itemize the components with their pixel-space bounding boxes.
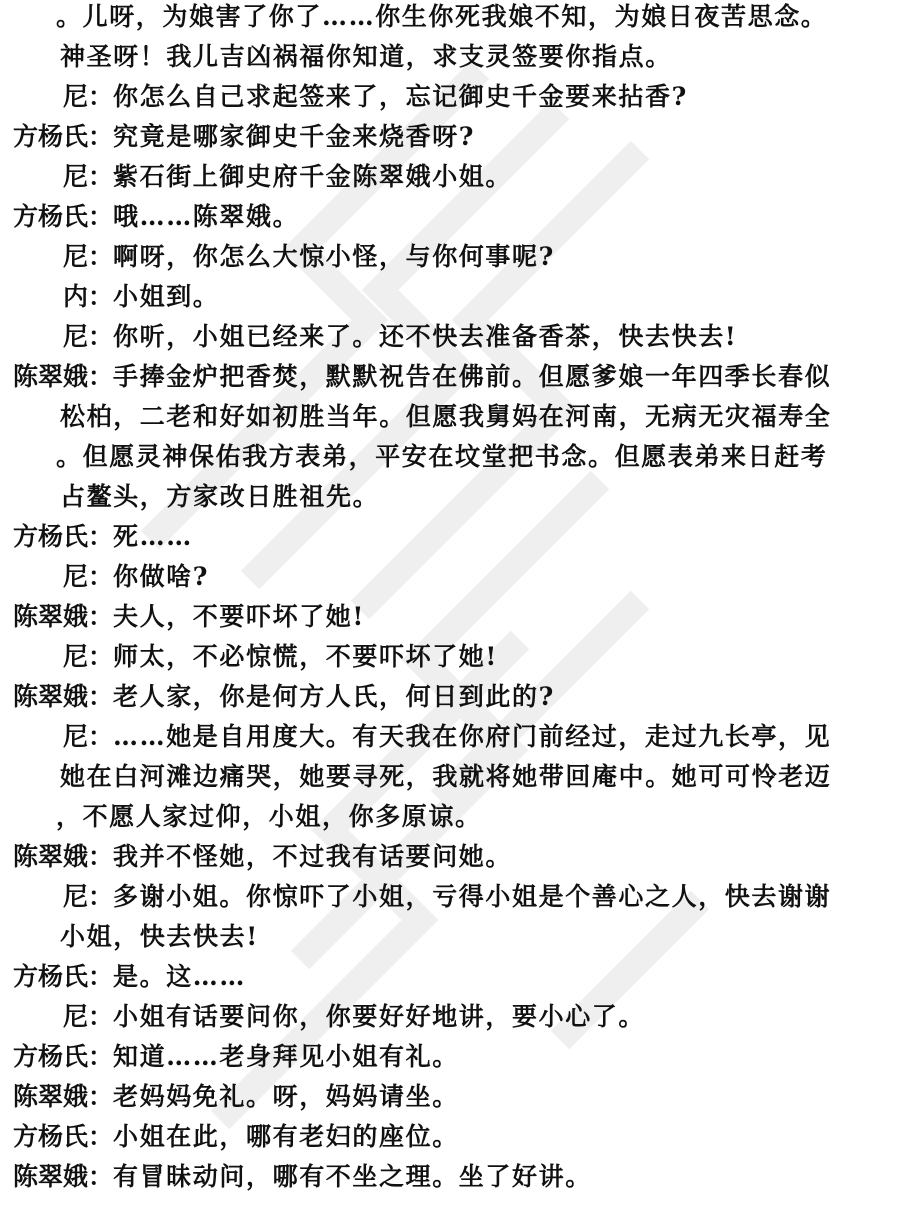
line-29: 方杨氏：小姐在此，哪有老妇的座位。	[0, 1117, 900, 1157]
speaker-label: 方杨氏：	[0, 1037, 113, 1077]
line-23: 尼：多谢小姐。你惊吓了小姐，亏得小姐是个善心之人，快去谢谢	[0, 877, 900, 917]
line-22: 陈翠娥：我并不怪她，不过我有话要问她。	[0, 837, 900, 877]
line-9: 尼：你听，小姐已经来了。还不快去准备香茶，快去快去!	[0, 317, 900, 357]
line-text: 你怎么自己求起签来了，忘记御史千金要来拈香?	[113, 82, 688, 111]
speaker-label: 方杨氏：	[0, 1117, 113, 1157]
speaker-label: 尼：	[0, 557, 113, 597]
speaker-label: 方杨氏：	[0, 957, 113, 997]
line-text: 啊呀，你怎么大惊小怪，与你何事呢?	[113, 242, 555, 271]
line-text: 。但愿灵神保佑我方表弟，平安在坟堂把书念。但愿表弟来日赶考	[56, 442, 827, 471]
speaker-label: 尼：	[0, 717, 113, 757]
line-text: 占鳌头，方家改日胜祖先。	[60, 482, 379, 511]
line-text: 究竟是哪家御史千金来烧香呀?	[113, 122, 475, 151]
speaker-label: 尼：	[0, 317, 113, 357]
line-text: 我并不怪她，不过我有话要问她。	[113, 842, 512, 871]
line-20: 她在白河滩边痛哭，她要寻死，我就将她带回庵中。她可可怜老迈	[0, 757, 900, 797]
script-text: 。儿呀，为娘害了你了……你生你死我娘不知，为娘日夜苦思念。 神圣呀！我儿吉凶祸福…	[0, 0, 900, 1197]
line-text: 松柏，二老和好如初胜当年。但愿我舅妈在河南，无病无灾福寿全	[60, 402, 831, 431]
line-text: 她在白河滩边痛哭，她要寻死，我就将她带回庵中。她可可怜老迈	[60, 762, 831, 791]
line-5: 尼：紫石街上御史府千金陈翠娥小姐。	[0, 157, 900, 197]
speaker-label: 尼：	[0, 997, 113, 1037]
line-27: 方杨氏：知道……老身拜见小姐有礼。	[0, 1037, 900, 1077]
speaker-label: 尼：	[0, 157, 113, 197]
speaker-label: 陈翠娥：	[0, 1077, 113, 1117]
line-25: 方杨氏：是。这……	[0, 957, 900, 997]
speaker-label: 尼：	[0, 77, 113, 117]
speaker-label: 方杨氏：	[0, 117, 113, 157]
line-10: 陈翠娥：手捧金炉把香焚，默默祝告在佛前。但愿爹娘一年四季长春似	[0, 357, 900, 397]
speaker-label: 陈翠娥：	[0, 677, 113, 717]
line-text: 夫人，不要吓坏了她!	[113, 602, 365, 631]
line-30: 陈翠娥：有冒昧动问，哪有不坐之理。坐了好讲。	[0, 1157, 900, 1197]
speaker-label: 尼：	[0, 877, 113, 917]
line-text: 神圣呀！我儿吉凶祸福你知道，求支灵签要你指点。	[60, 42, 672, 71]
line-text: 师太，不必惊慌，不要吓坏了她!	[113, 642, 498, 671]
line-21: ，不愿人家过仰，小姐，你多原谅。	[0, 797, 900, 837]
line-text: 你听，小姐已经来了。还不快去准备香茶，快去快去!	[113, 322, 737, 351]
line-12: 。但愿灵神保佑我方表弟，平安在坟堂把书念。但愿表弟来日赶考	[0, 437, 900, 477]
line-text: 死……	[113, 522, 193, 551]
line-text: 小姐在此，哪有老妇的座位。	[113, 1122, 459, 1151]
line-19: 尼：……她是自用度大。有天我在你府门前经过，走过九长亭，见	[0, 717, 900, 757]
line-text: 知道……老身拜见小姐有礼。	[113, 1042, 459, 1071]
line-7: 尼：啊呀，你怎么大惊小怪，与你何事呢?	[0, 237, 900, 277]
speaker-label: 尼：	[0, 237, 113, 277]
line-text: 有冒昧动问，哪有不坐之理。坐了好讲。	[113, 1162, 592, 1191]
line-26: 尼：小姐有话要问你，你要好好地讲，要小心了。	[0, 997, 900, 1037]
line-text: 哦……陈翠娥。	[113, 202, 299, 231]
line-text: 手捧金炉把香焚，默默祝告在佛前。但愿爹娘一年四季长春似	[113, 362, 831, 391]
line-6: 方杨氏：哦……陈翠娥。	[0, 197, 900, 237]
line-4: 方杨氏：究竟是哪家御史千金来烧香呀?	[0, 117, 900, 157]
speaker-label: 陈翠娥：	[0, 597, 113, 637]
line-text: 多谢小姐。你惊吓了小姐，亏得小姐是个善心之人，快去谢谢	[113, 882, 831, 911]
line-text: 。儿呀，为娘害了你了……你生你死我娘不知，为娘日夜苦思念。	[56, 2, 827, 31]
line-11: 松柏，二老和好如初胜当年。但愿我舅妈在河南，无病无灾福寿全	[0, 397, 900, 437]
line-16: 陈翠娥：夫人，不要吓坏了她!	[0, 597, 900, 637]
line-17: 尼：师太，不必惊慌，不要吓坏了她!	[0, 637, 900, 677]
speaker-label: 方杨氏：	[0, 197, 113, 237]
line-8: 内：小姐到。	[0, 277, 900, 317]
line-text: 是。这……	[113, 962, 246, 991]
line-text: 小姐到。	[113, 282, 219, 311]
line-1: 。儿呀，为娘害了你了……你生你死我娘不知，为娘日夜苦思念。	[0, 0, 900, 37]
speaker-label: 方杨氏：	[0, 517, 113, 557]
line-24: 小姐，快去快去!	[0, 917, 900, 957]
speaker-label: 陈翠娥：	[0, 357, 113, 397]
line-15: 尼：你做啥?	[0, 557, 900, 597]
line-text: 小姐，快去快去!	[60, 922, 259, 951]
line-text: 紫石街上御史府千金陈翠娥小姐。	[113, 162, 512, 191]
speaker-label: 陈翠娥：	[0, 1157, 113, 1197]
line-text: 老妈妈免礼。呀，妈妈请坐。	[113, 1082, 459, 1111]
line-13: 占鳌头，方家改日胜祖先。	[0, 477, 900, 517]
speaker-label: 尼：	[0, 637, 113, 677]
line-18: 陈翠娥：老人家，你是何方人氏，何日到此的?	[0, 677, 900, 717]
line-2: 神圣呀！我儿吉凶祸福你知道，求支灵签要你指点。	[0, 37, 900, 77]
line-text: 小姐有话要问你，你要好好地讲，要小心了。	[113, 1002, 645, 1031]
speaker-label: 陈翠娥：	[0, 837, 113, 877]
speaker-label: 内：	[0, 277, 113, 317]
line-text: ，不愿人家过仰，小姐，你多原谅。	[56, 802, 482, 831]
line-3: 尼：你怎么自己求起签来了，忘记御史千金要来拈香?	[0, 77, 900, 117]
line-text: 老人家，你是何方人氏，何日到此的?	[113, 682, 555, 711]
line-28: 陈翠娥：老妈妈免礼。呀，妈妈请坐。	[0, 1077, 900, 1117]
line-text: ……她是自用度大。有天我在你府门前经过，走过九长亭，见	[113, 722, 831, 751]
line-text: 你做啥?	[113, 562, 209, 591]
line-14: 方杨氏：死……	[0, 517, 900, 557]
